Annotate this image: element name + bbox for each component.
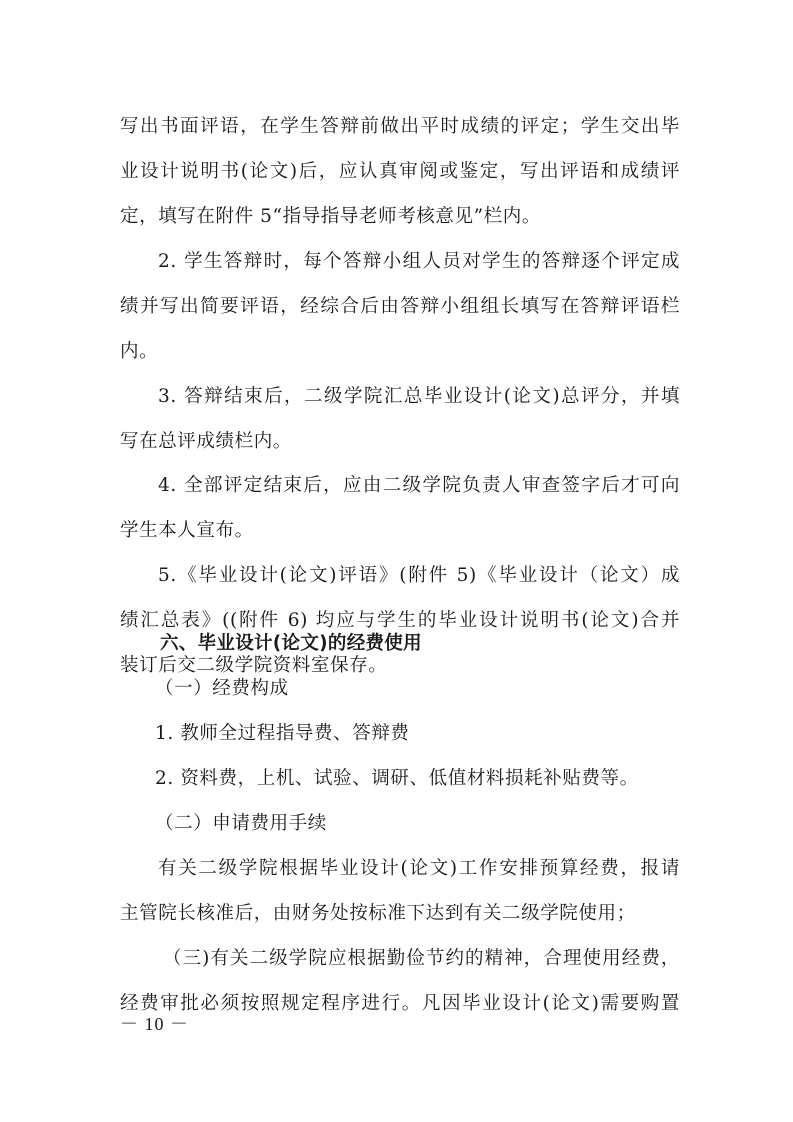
paragraph-line: 业设计说明书(论文)后，应认真审阅或鉴定，写出评语和成绩评 [120,160,680,184]
list-item-3: 3. 答辩结束后，二级学院汇总毕业设计(论文)总评分，并填 [158,385,680,409]
document-page: 写出书面评语，在学生答辩前做出平时成绩的评定；学生交出毕 业设计说明书(论文)后… [0,0,793,1122]
paragraph-line: 经费审批必须按照规定程序进行。凡因毕业设计(论文)需要购置 [120,992,680,1016]
paragraph-line: 绩汇总表》((附件 6) 均应与学生的毕业设计说明书(论文)合并 [120,609,680,633]
paragraph-line: 学生本人宣布。 [120,519,680,543]
paragraph-line: 有关二级学院根据毕业设计(论文)工作安排预算经费，报请 [158,857,680,881]
paragraph-line: 写在总评成绩栏内。 [120,430,680,454]
paragraph-line: 内。 [120,340,680,364]
paragraph-line: 定，填写在附件 5“指导指导老师考核意见”栏内。 [120,205,680,229]
list-item: 2. 资料费，上机、试验、调研、低值材料损耗补贴费等。 [155,767,715,791]
subsection-heading: （二）申请费用手续 [155,812,715,836]
list-item-2: 2. 学生答辩时，每个答辩小组人员对学生的答辩逐个评定成 [158,250,680,274]
subsection-heading: （三)有关二级学院应根据勤俭节约的精神，合理使用经费， [163,947,680,971]
subsection-heading: （一）经费构成 [155,677,715,701]
paragraph-line: 绩并写出简要评语，经综合后由答辩小组组长填写在答辩评语栏 [120,295,680,319]
paragraph-line: 主管院长核准后，由财务处按标准下达到有关二级学院使用； [120,902,680,926]
page-number: － 10 － [120,1010,189,1036]
list-item-5: 5.《毕业设计(论文)评语》(附件 5)《毕业设计（论文）成 [158,564,680,588]
list-item: 1. 教师全过程指导费、答辩费 [155,722,715,746]
list-item-4: 4. 全部评定结束后，应由二级学院负责人审查签字后才可向 [158,474,680,498]
paragraph-line: 装订后交二级学院资料室保存。 [120,654,680,678]
section-heading: 六、毕业设计(论文)的经费使用 [160,632,720,656]
paragraph-line: 写出书面评语，在学生答辩前做出平时成绩的评定；学生交出毕 [120,115,680,139]
